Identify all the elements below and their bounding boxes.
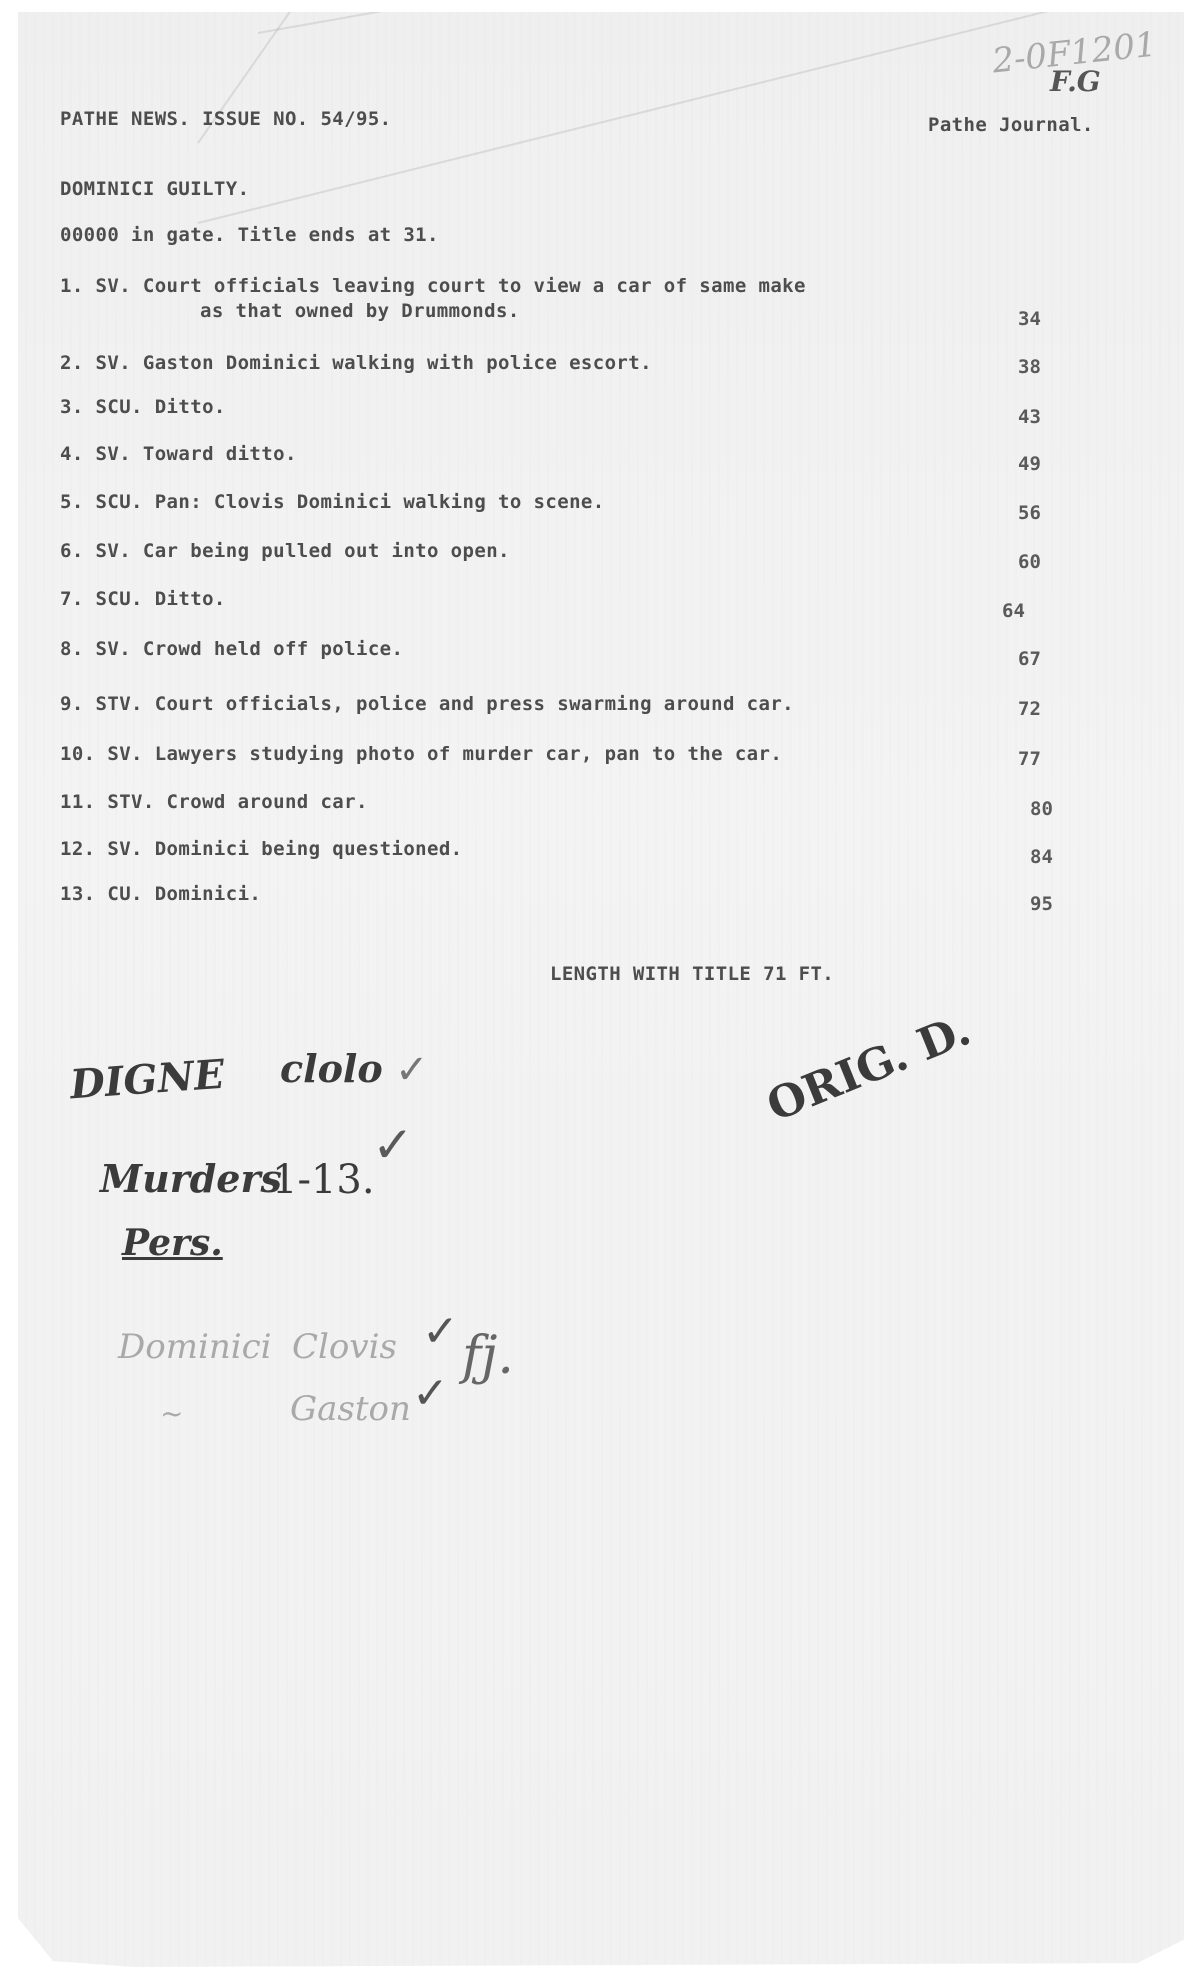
check-mark-icon: ✓ [412, 1372, 449, 1416]
shot-footage: 34 [1018, 310, 1041, 329]
document-page [18, 12, 1184, 1967]
length-note: LENGTH WITH TITLE 71 FT. [550, 965, 834, 984]
check-mark-icon: ✓ [372, 1120, 414, 1170]
shot-line: 11. STV. Crowd around car. [60, 793, 368, 812]
shot-footage: 77 [1018, 750, 1041, 769]
shot-line: 3. SCU. Ditto. [60, 398, 226, 417]
note-dash: ~ [160, 1400, 183, 1428]
shot-line-continuation: as that owned by Drummonds. [200, 302, 520, 321]
shot-line: 6. SV. Car being pulled out into open. [60, 542, 510, 561]
initials: F.G [1050, 68, 1101, 96]
story-title: DOMINICI GUILTY. [60, 180, 249, 199]
note-murders: Murders [100, 1160, 282, 1198]
shot-footage: 49 [1018, 455, 1041, 474]
check-mark-icon: ✓ [422, 1310, 459, 1354]
shot-footage: 64 [1002, 602, 1025, 621]
shot-footage: 38 [1018, 358, 1041, 377]
gate-note: 00000 in gate. Title ends at 31. [60, 226, 439, 245]
note-pers: Pers. [122, 1225, 223, 1261]
shot-line: 12. SV. Dominici being questioned. [60, 840, 463, 859]
shot-footage: 84 [1030, 848, 1053, 867]
shot-line: 9. STV. Court officials, police and pres… [60, 695, 794, 714]
shot-line: 2. SV. Gaston Dominici walking with poli… [60, 354, 652, 373]
note-initial-mark: fj. [462, 1330, 514, 1382]
shot-footage: 72 [1018, 700, 1041, 719]
shot-line: 1. SV. Court officials leaving court to … [60, 277, 806, 296]
shot-line: 10. SV. Lawyers studying photo of murder… [60, 745, 782, 764]
note-place-suffix: clolo [280, 1050, 383, 1088]
check-mark-icon: ✓ [395, 1050, 429, 1090]
shot-footage: 80 [1030, 800, 1053, 819]
note-first-name-clovis: Clovis [292, 1330, 397, 1364]
shot-footage: 67 [1018, 650, 1041, 669]
note-murders-range: 1-13. [272, 1160, 375, 1200]
shot-footage: 43 [1018, 408, 1041, 427]
shot-line: 7. SCU. Ditto. [60, 590, 226, 609]
shot-line: 5. SCU. Pan: Clovis Dominici walking to … [60, 493, 605, 512]
shot-line: 13. CU. Dominici. [60, 885, 261, 904]
header-journal: Pathe Journal. [928, 116, 1094, 135]
note-place: DIGNE [69, 1055, 226, 1106]
shot-line: 8. SV. Crowd held off police. [60, 640, 403, 659]
note-surname: Dominici [118, 1330, 272, 1364]
shot-footage: 60 [1018, 553, 1041, 572]
shot-footage: 95 [1030, 895, 1053, 914]
shot-footage: 56 [1018, 504, 1041, 523]
shot-line: 4. SV. Toward ditto. [60, 445, 297, 464]
note-first-name-gaston: Gaston [290, 1392, 411, 1426]
header-issue: PATHE NEWS. ISSUE NO. 54/95. [60, 110, 392, 129]
paper-crease [258, 0, 554, 34]
